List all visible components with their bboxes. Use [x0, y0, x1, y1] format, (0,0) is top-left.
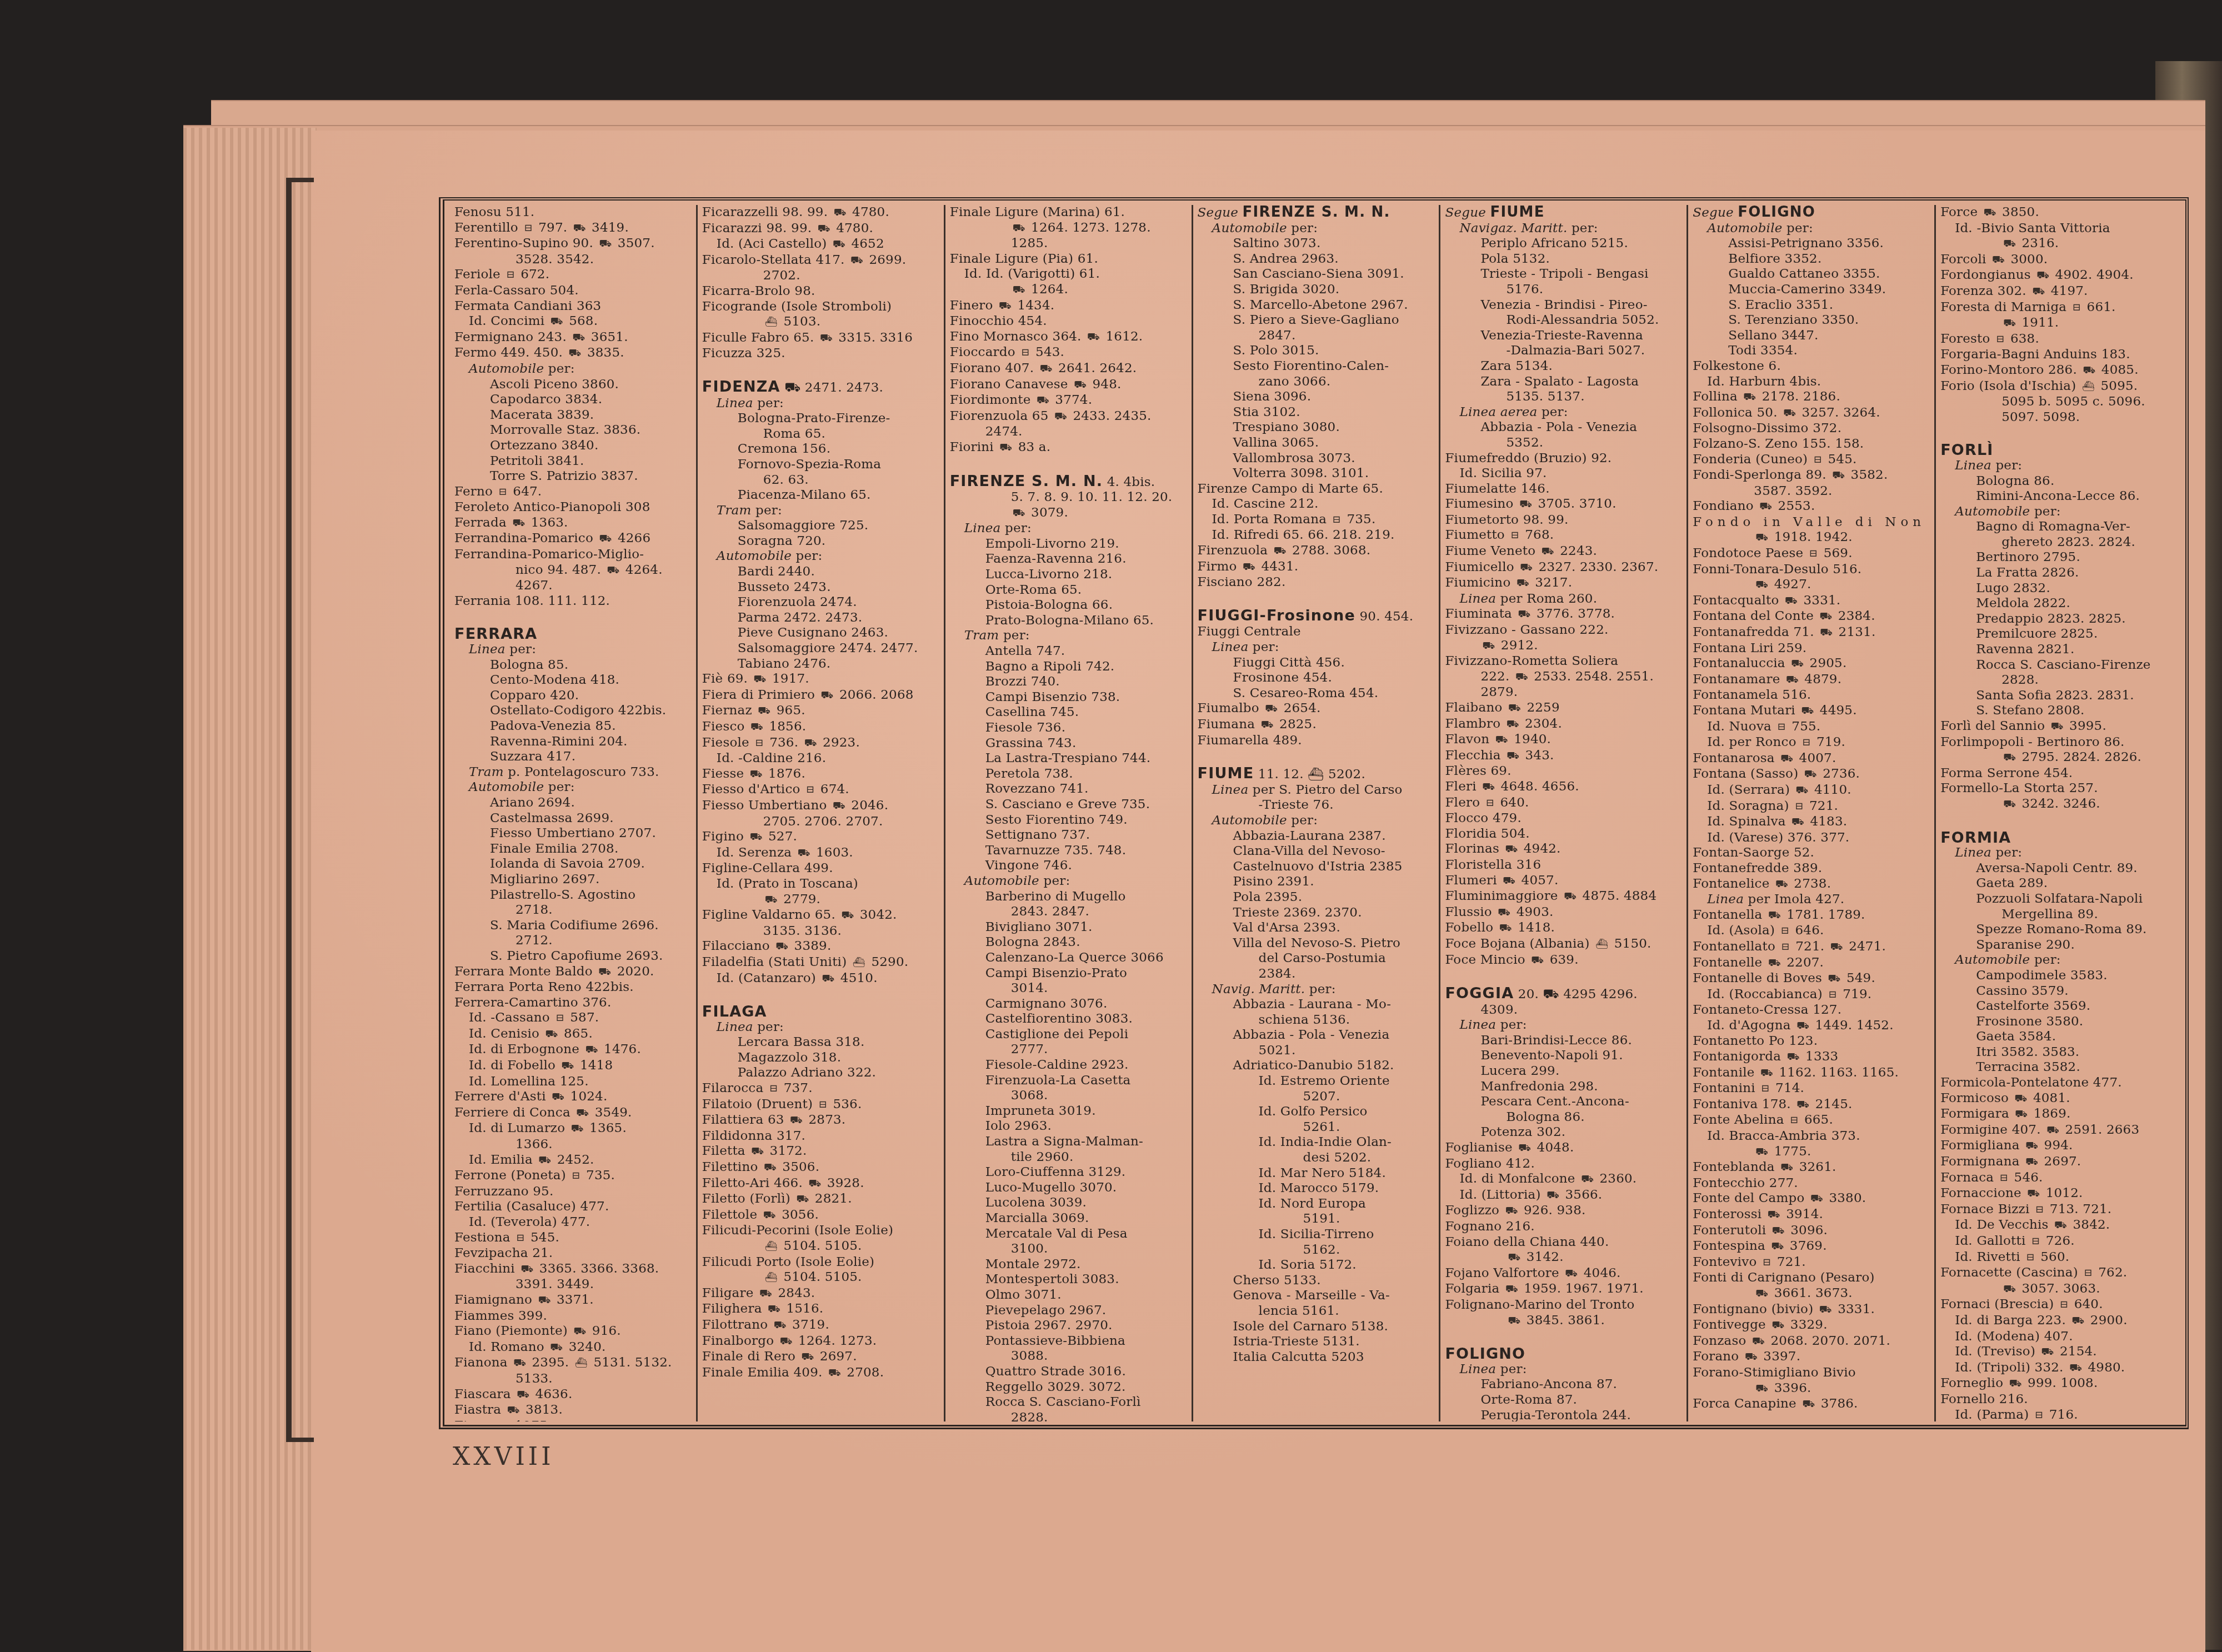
index-entry: Fiumicello ⛟ 2327. 2330. 2367. — [1445, 560, 1683, 576]
index-entry: 5133. — [454, 1371, 693, 1387]
car-icon: ⛟ — [1801, 703, 1814, 719]
index-entry: 2702. — [702, 268, 940, 284]
index-entry: 5176. — [1445, 282, 1683, 298]
section-heading: FOGGIA 20. ⛟ 4295 4296. — [1445, 986, 1683, 1003]
index-entry: Forma Serrone 454. — [1940, 766, 2179, 782]
index-entry: Palazzo Adriano 322. — [702, 1065, 940, 1081]
index-entry: Lastra a Signa-Malman- — [950, 1134, 1188, 1150]
car-icon: ⛟ — [1565, 1266, 1578, 1281]
car-icon: ⛟ — [1775, 877, 1788, 892]
index-entry: Fontanamare ⛟ 4879. — [1693, 672, 1931, 688]
index-entry: Villa del Nevoso-S. Pietro — [1198, 936, 1436, 952]
index-entry: Fonte Abelina ⊟ 665. — [1693, 1113, 1931, 1129]
index-entry: Fenosu 511. — [454, 205, 693, 221]
section-heading: FIUME 11. 12. ⛴ 5202. — [1198, 766, 1436, 783]
car-icon: ⛟ — [2003, 750, 2016, 765]
index-column-3: Finale Ligure (Marina) 61.⛟ 1264. 1273. … — [945, 205, 1193, 1421]
index-entry: ⛟ 2912. — [1445, 638, 1683, 654]
index-entry: 3014. — [950, 981, 1188, 997]
tram-icon: ⊟ — [1790, 1113, 1798, 1128]
car-icon: ⛟ — [1517, 575, 1529, 591]
index-entry: Frosinone 454. — [1198, 670, 1436, 686]
index-entry: Id. di Erbognone ⛟ 1476. — [454, 1042, 693, 1058]
index-entry: ⛟ 3142. — [1445, 1250, 1683, 1266]
section-heading: FILAGA — [702, 1004, 940, 1020]
transport-type: Navigaz. Maritt. — [1459, 221, 1571, 236]
index-entry: Petritoli 3841. — [454, 454, 693, 469]
car-icon: ⛟ — [1013, 282, 1025, 298]
index-entry: Fiesse ⛟ 1876. — [702, 767, 940, 783]
index-entry: ⛟ 2795. 2824. 2826. — [1940, 750, 2179, 766]
index-entry: Rovezzano 741. — [950, 782, 1188, 797]
car-icon: ⛟ — [546, 1027, 558, 1042]
index-entry: Finale Ligure (Pia) 61. — [950, 252, 1188, 267]
index-entry: Id. Emilia ⛟ 2452. — [454, 1153, 693, 1169]
index-entry: S. Piero a Sieve-Gagliano — [1198, 313, 1436, 328]
index-entry: Loro-Ciuffenna 3129. — [950, 1165, 1188, 1180]
index-entry: ⛴ 5104. 5105. — [702, 1239, 940, 1255]
tram-icon: ⊟ — [2060, 1297, 2068, 1313]
index-entry: Peretola 738. — [950, 767, 1188, 782]
sub-label-text: per: — [548, 780, 575, 794]
index-entry: Manfredonia 298. — [1445, 1079, 1683, 1095]
index-entry: Ferla-Cassaro 504. — [454, 283, 693, 299]
index-entry: Montale 2972. — [950, 1257, 1188, 1273]
section-heading: FOLIGNO — [1445, 1346, 1683, 1362]
index-entry: Fiumefreddo (Bruzio) 92. — [1445, 451, 1683, 467]
index-entry: 3068. — [950, 1088, 1188, 1104]
car-icon: ⛟ — [1499, 920, 1512, 936]
index-entry: Magazzolo 318. — [702, 1050, 940, 1066]
index-entry: Fontanefredde 389. — [1693, 861, 1931, 877]
sub-label-text: p. Pontelagoscuro 733. — [508, 765, 659, 779]
sub-label-text: per: — [1005, 521, 1032, 535]
tram-icon: ⊟ — [1761, 1081, 1769, 1097]
index-entry: Id. di Fobello ⛟ 1418 — [454, 1058, 693, 1074]
index-entry: Florinas ⛟ 4942. — [1445, 842, 1683, 858]
index-entry: Sesto Fiorentino 749. — [950, 813, 1188, 828]
transport-type: Automobile — [1707, 221, 1786, 236]
section-heading: FIDENZA ⛟ 2471. 2473. — [702, 379, 940, 396]
index-entry: 2474. — [950, 424, 1188, 440]
car-icon: ⛟ — [1505, 1203, 1518, 1219]
index-entry: Fertilia (Casaluce) 477. — [454, 1199, 693, 1215]
index-entry: Id. De Vecchis ⛟ 3842. — [1940, 1218, 2179, 1234]
index-entry: Pilastrello-S. Agostino — [454, 888, 693, 903]
index-entry: Flero ⊟ 640. — [1445, 795, 1683, 812]
index-entry: Fontaneto-Cressa 127. — [1693, 1003, 1931, 1018]
index-entry: Ferentillo ⊟ 797. ⛟ 3419. — [454, 221, 693, 237]
transport-type: Linea aerea — [1459, 405, 1541, 419]
index-entry: Fontanini ⊟ 714. — [1693, 1081, 1931, 1097]
index-entry: Folsogno-Dissimo 372. — [1693, 421, 1931, 437]
index-entry: Fiano (Piemonte) ⛟ 916. — [454, 1324, 693, 1340]
index-entry: Abbazia - Laurana - Mo- — [1198, 997, 1436, 1013]
car-icon: ⛟ — [607, 563, 619, 578]
index-entry: Id. Rifredi 65. 66. 218. 219. — [1198, 528, 1436, 543]
index-entry: Gaeta 289. — [1940, 876, 2179, 892]
car-icon: ⛟ — [801, 1349, 814, 1365]
transport-type: Linea — [1459, 1018, 1500, 1032]
index-entry: Sellano 3447. — [1693, 328, 1931, 344]
index-entry: nico 94. 487. ⛟ 4264. — [454, 563, 693, 579]
index-entry: Assisi-Petrignano 3356. — [1693, 236, 1931, 252]
index-entry: Id. -Cassano ⊟ 587. — [454, 1010, 693, 1027]
index-entry: Fonti di Carignano (Pesaro) — [1693, 1270, 1931, 1286]
tram-icon: ⊟ — [2035, 1202, 2044, 1218]
sub-label-text: per: — [1253, 640, 1279, 654]
sub-section-label: Tram per: — [702, 503, 940, 519]
sub-section-label: Automobile per: — [1940, 953, 2179, 968]
car-icon: ⛟ — [2046, 1123, 2059, 1138]
index-entry: schiena 5136. — [1198, 1013, 1436, 1028]
index-entry: S. Cesareo-Roma 454. — [1198, 686, 1436, 702]
car-icon: ⛟ — [1755, 1286, 1768, 1301]
sub-label-text: per: — [1003, 628, 1030, 643]
index-entry: Flecchia ⛟ 343. — [1445, 748, 1683, 764]
car-icon: ⛟ — [834, 205, 847, 221]
index-entry: Fontana Mutari ⛟ 4495. — [1693, 703, 1931, 719]
index-column-2: Ficarazzelli 98. 99. ⛟ 4780.Ficarazzi 98… — [698, 205, 945, 1421]
car-icon: ⛟ — [1796, 783, 1809, 798]
index-entry: Fiesole 736. — [950, 720, 1188, 736]
index-entry: Periplo Africano 5215. — [1445, 236, 1683, 252]
index-entry: Fiordimonte ⛟ 3774. — [950, 393, 1188, 409]
index-entry: Fiorenzuola 2474. — [702, 595, 940, 610]
car-icon: ⛟ — [758, 703, 770, 719]
index-entry: Id. -Caldine 216. — [702, 751, 940, 767]
index-entry: 5021. — [1198, 1043, 1436, 1059]
index-entry: Abbazia-Laurana 2387. — [1198, 829, 1436, 844]
heading-title: FIRENZE S. M. N. — [1243, 205, 1390, 221]
index-entry: Fornace Bizzi ⊟ 713. 721. — [1940, 1202, 2179, 1218]
car-icon: ⛟ — [798, 845, 810, 861]
index-entry: Castelfiorentino 3083. — [950, 1012, 1188, 1027]
index-entry: S. Eraclio 3351. — [1693, 298, 1931, 313]
index-entry: Ortezzano 3840. — [454, 438, 693, 454]
index-entry: Fioccardo ⊟ 543. — [950, 345, 1188, 361]
index-entry: Forcoli ⛟ 3000. — [1940, 252, 2179, 268]
index-entry: Rocca S. Casciano-Firenze — [1940, 658, 2179, 673]
index-entry: Filarocca ⊟ 737. — [702, 1081, 940, 1097]
index-entry: S. Casciano e Greve 735. — [950, 797, 1188, 813]
index-entry: Follonica 50. ⛟ 3257. 3264. — [1693, 406, 1931, 422]
car-icon: ⛟ — [1013, 221, 1025, 236]
index-entry: Fordongianus ⛟ 4902. 4904. — [1940, 268, 2179, 284]
tram-icon: ⊟ — [769, 1081, 778, 1097]
transport-type: Tram — [717, 503, 755, 518]
index-entry: Faenza-Ravenna 216. — [950, 552, 1188, 567]
index-entry: Floristella 316 — [1445, 858, 1683, 873]
car-icon: ⛟ — [1786, 672, 1799, 688]
index-column-1: Fenosu 511.Ferentillo ⊟ 797. ⛟ 3419.Fere… — [450, 205, 698, 1421]
car-icon: ⛟ — [2032, 284, 2045, 299]
sub-section-label: Automobile per: — [950, 874, 1188, 889]
index-entry: Pola 2395. — [1198, 890, 1436, 905]
index-entry: Finale Ligure (Marina) 61. — [950, 205, 1188, 221]
index-entry: Formicola-Pontelatone 477. — [1940, 1075, 2179, 1091]
index-entry: Fisciano 282. — [1198, 575, 1436, 590]
index-entry: Forano ⛟ 3397. — [1693, 1349, 1931, 1365]
index-entry: Mergellina 89. — [1940, 907, 2179, 923]
index-entry: Trespiano 3080. — [1198, 420, 1436, 435]
transport-type: Navig. Maritt. — [1212, 982, 1309, 997]
car-icon: ⛟ — [1772, 1223, 1785, 1239]
car-icon: ⛟ — [2027, 1186, 2040, 1202]
index-entry: Istria-Trieste 5131. — [1198, 1334, 1436, 1350]
index-entry: Castiglione dei Pepoli — [950, 1027, 1188, 1043]
index-entry: Foresta di Marniga ⊟ 661. — [1940, 300, 2179, 316]
index-entry: Italia Calcutta 5203 — [1198, 1350, 1436, 1365]
sub-section-label: Navig. Maritt. per: — [1198, 982, 1436, 998]
index-entry: Fojano Valfortore ⛟ 4046. — [1445, 1266, 1683, 1282]
ship-icon: ⛴ — [765, 1270, 778, 1285]
car-icon: ⛟ — [999, 440, 1012, 455]
index-entry: Id. Marocco 5179. — [1198, 1181, 1436, 1197]
index-entry: Bagno a Ripoli 742. — [950, 659, 1188, 675]
car-icon: ⛟ — [1745, 1349, 1758, 1365]
index-entry: Campi Bisenzio 738. — [950, 690, 1188, 705]
index-entry: ⛟ 3242. 3246. — [1940, 797, 2179, 813]
index-entry: 5162. — [1198, 1243, 1436, 1258]
index-entry: S. Andrea 2963. — [1198, 252, 1436, 267]
index-entry: Volterra 3098. 3101. — [1198, 466, 1436, 482]
index-entry: Quattro Strade 3016. — [950, 1364, 1188, 1380]
index-entry: Fermo 449. 450. ⛟ 3835. — [454, 346, 693, 362]
car-icon: ⛟ — [1832, 468, 1845, 483]
car-icon: ⛟ — [2003, 316, 2016, 331]
index-entry: Zara 5134. — [1445, 359, 1683, 374]
car-icon: ⛟ — [1752, 1334, 1765, 1349]
sub-section-label: Linea per Imola 427. — [1693, 892, 1931, 908]
index-entry: 3587. 3592. — [1693, 484, 1931, 499]
index-entry: Zara - Spalato - Lagosta — [1445, 374, 1683, 390]
index-entry: Feriole ⊟ 672. — [454, 267, 693, 283]
segue-label: Segue — [1693, 206, 1738, 220]
index-entry: Santa Sofia 2823. 2831. — [1940, 688, 2179, 704]
index-entry: Force ⛟ 3850. — [1940, 205, 2179, 221]
index-entry: Fontanarosa ⛟ 4007. — [1693, 751, 1931, 767]
index-entry: Fiuminata ⛟ 3776. 3778. — [1445, 607, 1683, 623]
index-entry: Premilcuore 2825. — [1940, 627, 2179, 642]
index-entry: Finale Emilia 409. ⛟ 2708. — [702, 1365, 940, 1381]
index-entry: Ficuzza 325. — [702, 346, 940, 362]
heading-title: FORMIA — [1940, 829, 2011, 847]
transport-type: Linea — [469, 642, 509, 657]
index-entry: Mercatale Val di Pesa — [950, 1227, 1188, 1242]
heading-title: FIRENZE S. M. N. — [950, 473, 1103, 490]
index-entry: Filattiera 63 ⛟ 2873. — [702, 1113, 940, 1129]
index-entry: ⛴ 5104. 5105. — [702, 1270, 940, 1286]
index-entry: Ficarazzi 98. 99. ⛟ 4780. — [702, 221, 940, 237]
index-entry: Fonteblanda ⛟ 3261. — [1693, 1160, 1931, 1176]
transport-type: Automobile — [964, 874, 1044, 888]
index-entry: Fontanetto Po 123. — [1693, 1034, 1931, 1049]
index-entry: Firenzuola ⛟ 2788. 3068. — [1198, 543, 1436, 559]
index-entry: Vingone 746. — [950, 858, 1188, 874]
transport-type: Linea — [964, 521, 1005, 535]
index-entry: Lucera 299. — [1445, 1064, 1683, 1079]
index-entry: Finalborgo ⛟ 1264. 1273. — [702, 1334, 940, 1350]
index-entry: Bologna 86. — [1940, 474, 2179, 489]
index-entry: Ferrania 108. 111. 112. — [454, 594, 693, 609]
index-entry: Floridia 504. — [1445, 827, 1683, 842]
index-entry: Id. Cenisio ⛟ 865. — [454, 1027, 693, 1043]
index-entry: Trieste - Tripoli - Bengasi — [1445, 267, 1683, 282]
car-icon: ⛟ — [841, 908, 854, 923]
index-entry: Aversa-Napoli Centr. 89. — [1940, 861, 2179, 877]
index-entry: Fiumetto ⊟ 768. — [1445, 528, 1683, 544]
car-icon: ⛟ — [1804, 767, 1817, 782]
index-entry: Fiè 69. ⛟ 1917. — [702, 672, 940, 688]
index-entry: Id. Lomellina 125. — [454, 1074, 693, 1090]
index-entry: Gaeta 3584. — [1940, 1029, 2179, 1045]
index-entry: Pontassieve-Bibbiena — [950, 1334, 1188, 1349]
index-entry: ⛴ 5103. — [702, 314, 940, 331]
heading-refs: 90. 454. — [1355, 609, 1413, 624]
index-entry: Filetto-Ari 466. ⛟ 3928. — [702, 1176, 940, 1192]
index-entry: Flocco 479. — [1445, 811, 1683, 827]
index-entry: Fiascara ⛟ 4636. — [454, 1387, 693, 1403]
index-entry: Lercara Bassa 318. — [702, 1035, 940, 1050]
index-entry: ⛟ 1918. 1942. — [1693, 530, 1931, 546]
car-icon: ⛟ — [538, 1293, 551, 1308]
sub-label-text: per Imola 427. — [1748, 892, 1845, 907]
index-entry: Lucca-Livorno 218. — [950, 567, 1188, 583]
index-entry: Folkestone 6. — [1693, 359, 1931, 374]
car-icon: ⛟ — [1508, 1313, 1520, 1329]
sub-label-text: per S. Pietro del Carso — [1253, 783, 1403, 797]
tram-icon: ⊟ — [2084, 1265, 2092, 1281]
index-entry: Salsomaggiore 725. — [702, 518, 940, 534]
sub-section-label: Automobile per: — [1198, 813, 1436, 829]
car-icon: ⛟ — [585, 1042, 598, 1058]
index-entry: Filicudi Porto (Isole Eolie) — [702, 1255, 940, 1270]
car-icon: ⛟ — [2003, 1281, 2016, 1297]
index-entry: Finocchio 454. — [950, 314, 1188, 329]
car-icon: ⛟ — [850, 253, 863, 268]
index-entry: Fontanamela 516. — [1693, 688, 1931, 703]
previous-page-frame-edge — [286, 178, 314, 1442]
index-entry: Fiorenzuola 65 ⛟ 2433. 2435. — [950, 409, 1188, 425]
sub-section-label: Automobile per: — [454, 362, 693, 377]
car-icon: ⛟ — [562, 1058, 574, 1074]
index-entry: Id. (Parma) ⊟ 716. — [1940, 1408, 2179, 1421]
car-icon: ⛟ — [828, 1365, 841, 1381]
index-entry: 3088. — [950, 1349, 1188, 1364]
index-entry: 5191. — [1198, 1212, 1436, 1227]
index-entry: Filettino ⛟ 3506. — [702, 1160, 940, 1176]
index-entry: 5207. — [1198, 1089, 1436, 1105]
car-icon: ⛟ — [1755, 1381, 1768, 1396]
car-icon: ⛟ — [1505, 842, 1518, 857]
tram-icon: ⊟ — [819, 1097, 827, 1113]
index-entry: Folzano-S. Zeno 155. 158. — [1693, 437, 1931, 452]
car-icon: ⛟ — [797, 1192, 809, 1207]
tram-icon: ⊟ — [506, 267, 514, 283]
car-icon: ⛟ — [1768, 955, 1781, 971]
sub-section-label: Automobile per: — [1693, 221, 1931, 237]
car-icon: ⛟ — [2025, 1138, 2038, 1154]
index-entry: 3391. 3449. — [454, 1277, 693, 1293]
index-entry: Cremona 156. — [702, 442, 940, 457]
sub-label-text: per: — [1786, 221, 1813, 236]
index-entry: 5097. 5098. — [1940, 410, 2179, 425]
index-entry: Meldola 2822. — [1940, 596, 2179, 612]
car-icon: ⛟ — [1040, 361, 1053, 377]
car-icon: ⛟ — [571, 1121, 584, 1137]
car-icon: ⛟ — [790, 1113, 803, 1128]
index-entry: Fiorano Canavese ⛟ 948. — [950, 377, 1188, 393]
index-entry: Id. per Ronco ⊟ 719. — [1693, 735, 1931, 751]
index-entry: Fermignano 243. ⛟ 3651. — [454, 330, 693, 346]
index-entry: Id. di Lumarzo ⛟ 1365. — [454, 1121, 693, 1137]
index-entry: Suzzara 417. — [454, 749, 693, 765]
index-entry: Fiorano 407. ⛟ 2641. 2642. — [950, 361, 1188, 377]
index-entry: Ferriere di Conca ⛟ 3549. — [454, 1105, 693, 1122]
car-icon: ⛟ — [1828, 971, 1841, 987]
index-entry: San Casciano-Siena 3091. — [1198, 267, 1436, 282]
index-entry: Flaibano ⛟ 2259 — [1445, 700, 1683, 717]
index-column-6: Segue FOLIGNOAutomobile per:Assisi-Petri… — [1688, 205, 1936, 1421]
index-entry: Fonderia (Cuneo) ⊟ 545. — [1693, 452, 1931, 468]
index-entry: Castelnuovo d'Istria 2385 — [1198, 859, 1436, 875]
heading-refs: ⛟ 2471. 2473. — [780, 381, 883, 395]
index-entry: Follina ⛟ 2178. 2186. — [1693, 389, 1931, 406]
index-entry: Firmo ⛟ 4431. — [1198, 559, 1436, 575]
car-icon: ⛟ — [1810, 1191, 1823, 1207]
segue-label: Segue — [1445, 206, 1490, 220]
sub-section-label: Linea aerea per: — [1445, 405, 1683, 420]
car-icon: ⛟ — [768, 1301, 780, 1317]
index-entry: ⛟ 2779. — [702, 892, 940, 908]
transport-type: Linea — [717, 396, 757, 411]
car-icon: ⛟ — [1830, 939, 1843, 955]
sub-label-text: per: — [509, 642, 536, 657]
index-entry: Formello-La Storta 257. — [1940, 781, 2179, 797]
index-entry: Formicoso ⛟ 4081. — [1940, 1091, 2179, 1107]
index-entry: 2843. 2847. — [950, 904, 1188, 920]
index-entry: Bagno di Romagna-Ver- — [1940, 519, 2179, 535]
sub-label-text: per: — [796, 549, 823, 563]
sub-label-text: per: — [1995, 845, 2022, 860]
index-entry: Figline-Cellara 499. — [702, 861, 940, 877]
sub-section-label: Linea per: — [702, 1020, 940, 1035]
ship-icon: ⛴ — [575, 1355, 588, 1371]
index-entry: Id. Spinalva ⛟ 4183. — [1693, 814, 1931, 830]
car-icon: ⛟ — [833, 798, 845, 814]
index-entry: Fontan-Saorge 52. — [1693, 845, 1931, 861]
sub-label-text: per: — [1309, 982, 1336, 997]
car-icon: ⛟ — [1759, 499, 1772, 514]
index-entry: 222. ⛟ 2533. 2548. 2551. — [1445, 669, 1683, 685]
transport-type: Linea — [717, 1020, 757, 1034]
index-entry: ⛟ 1264. — [950, 282, 1188, 298]
tram-icon: ⊟ — [806, 782, 814, 798]
index-entry: Fiera di Primiero ⛟ 2066. 2068 — [702, 688, 940, 704]
car-icon: ⛟ — [2003, 236, 2016, 252]
index-entry: Lucolena 3039. — [950, 1195, 1188, 1211]
index-entry: Fontivegge ⛟ 3329. — [1693, 1318, 1931, 1334]
index-entry: 2718. — [454, 903, 693, 918]
index-entry: 62. 63. — [702, 473, 940, 488]
index-entry: Filetto (Forlì) ⛟ 2821. — [702, 1192, 940, 1208]
tram-icon: ⊟ — [2035, 1408, 2043, 1421]
index-entry: Fobello ⛟ 1418. — [1445, 920, 1683, 937]
tram-icon: ⊟ — [1486, 795, 1494, 811]
sub-label-text: per: — [757, 1020, 784, 1034]
index-entry: Rodi-Alessandria 5052. — [1445, 313, 1683, 328]
